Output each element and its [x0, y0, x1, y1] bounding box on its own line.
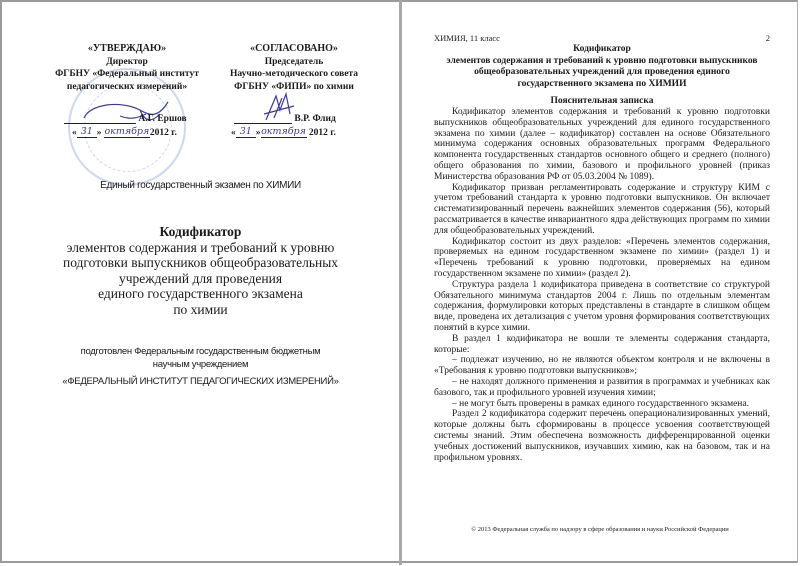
exam-caption: Единый государственный экзамен по ХИМИИ	[2, 180, 399, 191]
cover-title: Кодификатор элементов содержания и требо…	[2, 224, 399, 317]
approval-position: Директор	[52, 56, 202, 69]
page-explanatory-note: ХИМИЯ, 11 класс 2 Кодификатор элементов …	[402, 0, 798, 563]
document-title: Кодификатор элементов содержания и требо…	[434, 44, 770, 90]
signer-line-left: А.Г. Ершов	[64, 114, 187, 124]
paragraph: Раздел 2 кодификатора содержит перечень …	[434, 409, 770, 463]
page-title-sheet: «УТВЕРЖДАЮ» Директор ФГБНУ «Федеральный …	[2, 0, 399, 563]
list-item: – подлежат изучению, но не являются объе…	[434, 355, 770, 377]
approval-org-line: педагогических измерений»	[52, 81, 202, 94]
paragraph: Кодификатор призван регламентировать сод…	[434, 183, 770, 237]
date-line-right: «31»октября 2012 г.	[231, 126, 336, 138]
cover-title-line: единого государственного экзамена	[2, 286, 399, 302]
cover-title-line: учреждений для проведения	[2, 271, 399, 287]
date-year: 2012 г.	[309, 128, 336, 138]
approval-position: Председатель	[214, 56, 374, 69]
header-subject: ХИМИЯ, 11 класс	[434, 33, 500, 43]
paragraph: Структура раздела 1 кодификатора приведе…	[434, 280, 770, 334]
signer-line-right: В.Р. Флид	[234, 114, 336, 124]
paragraph: Кодификатор элементов содержания и требо…	[434, 107, 770, 183]
signer-name: В.Р. Флид	[294, 114, 335, 124]
cover-title-line: подготовки выпускников общеобразовательн…	[2, 255, 399, 271]
date-year: 2012 г.	[150, 128, 177, 138]
approval-org-line: Научно-методического совета	[214, 68, 374, 81]
paragraph: Кодификатор состоит из двух разделов: «П…	[434, 237, 770, 280]
signer-name: А.Г. Ершов	[138, 114, 186, 124]
paragraph: В раздел 1 кодификатора не вошли те элем…	[434, 334, 770, 356]
date-day: 31	[236, 126, 256, 138]
cover-title-line: элементов содержания и требований к уров…	[2, 240, 399, 256]
approval-org-line: ФГБНУ «Федеральный институт	[52, 68, 202, 81]
section-heading: Пояснительная записка	[434, 96, 770, 106]
list-item: – не могут быть проверены в рамках едино…	[434, 399, 770, 410]
date-month: октября	[261, 126, 307, 138]
approval-title: «СОГЛАСОВАНО»	[214, 43, 374, 56]
running-header: ХИМИЯ, 11 класс 2	[434, 33, 770, 43]
prepared-by: подготовлен Федеральным государственным …	[2, 345, 399, 371]
list-item: – не находят должного применения и разви…	[434, 377, 770, 399]
cover-title-line: по химии	[2, 302, 399, 318]
date-line-left: «31» октября2012 г.	[72, 126, 177, 138]
approval-block-approved: «УТВЕРЖДАЮ» Директор ФГБНУ «Федеральный …	[52, 43, 202, 93]
body-text: Кодификатор элементов содержания и требо…	[434, 107, 770, 463]
copyright-footer: © 2013 Федеральная служба по надзору в с…	[402, 526, 798, 533]
approval-title: «УТВЕРЖДАЮ»	[52, 43, 202, 56]
date-month: октября	[104, 126, 150, 138]
cover-heading: Кодификатор	[2, 224, 399, 240]
page-number: 2	[766, 33, 770, 43]
institute-name: «ФЕДЕРАЛЬНЫЙ ИНСТИТУТ ПЕДАГОГИЧЕСКИХ ИЗМ…	[2, 376, 399, 387]
approval-block-agreed: «СОГЛАСОВАНО» Председатель Научно-методи…	[214, 43, 374, 93]
date-day: 31	[77, 126, 97, 138]
approval-section: «УТВЕРЖДАЮ» Директор ФГБНУ «Федеральный …	[2, 43, 399, 123]
